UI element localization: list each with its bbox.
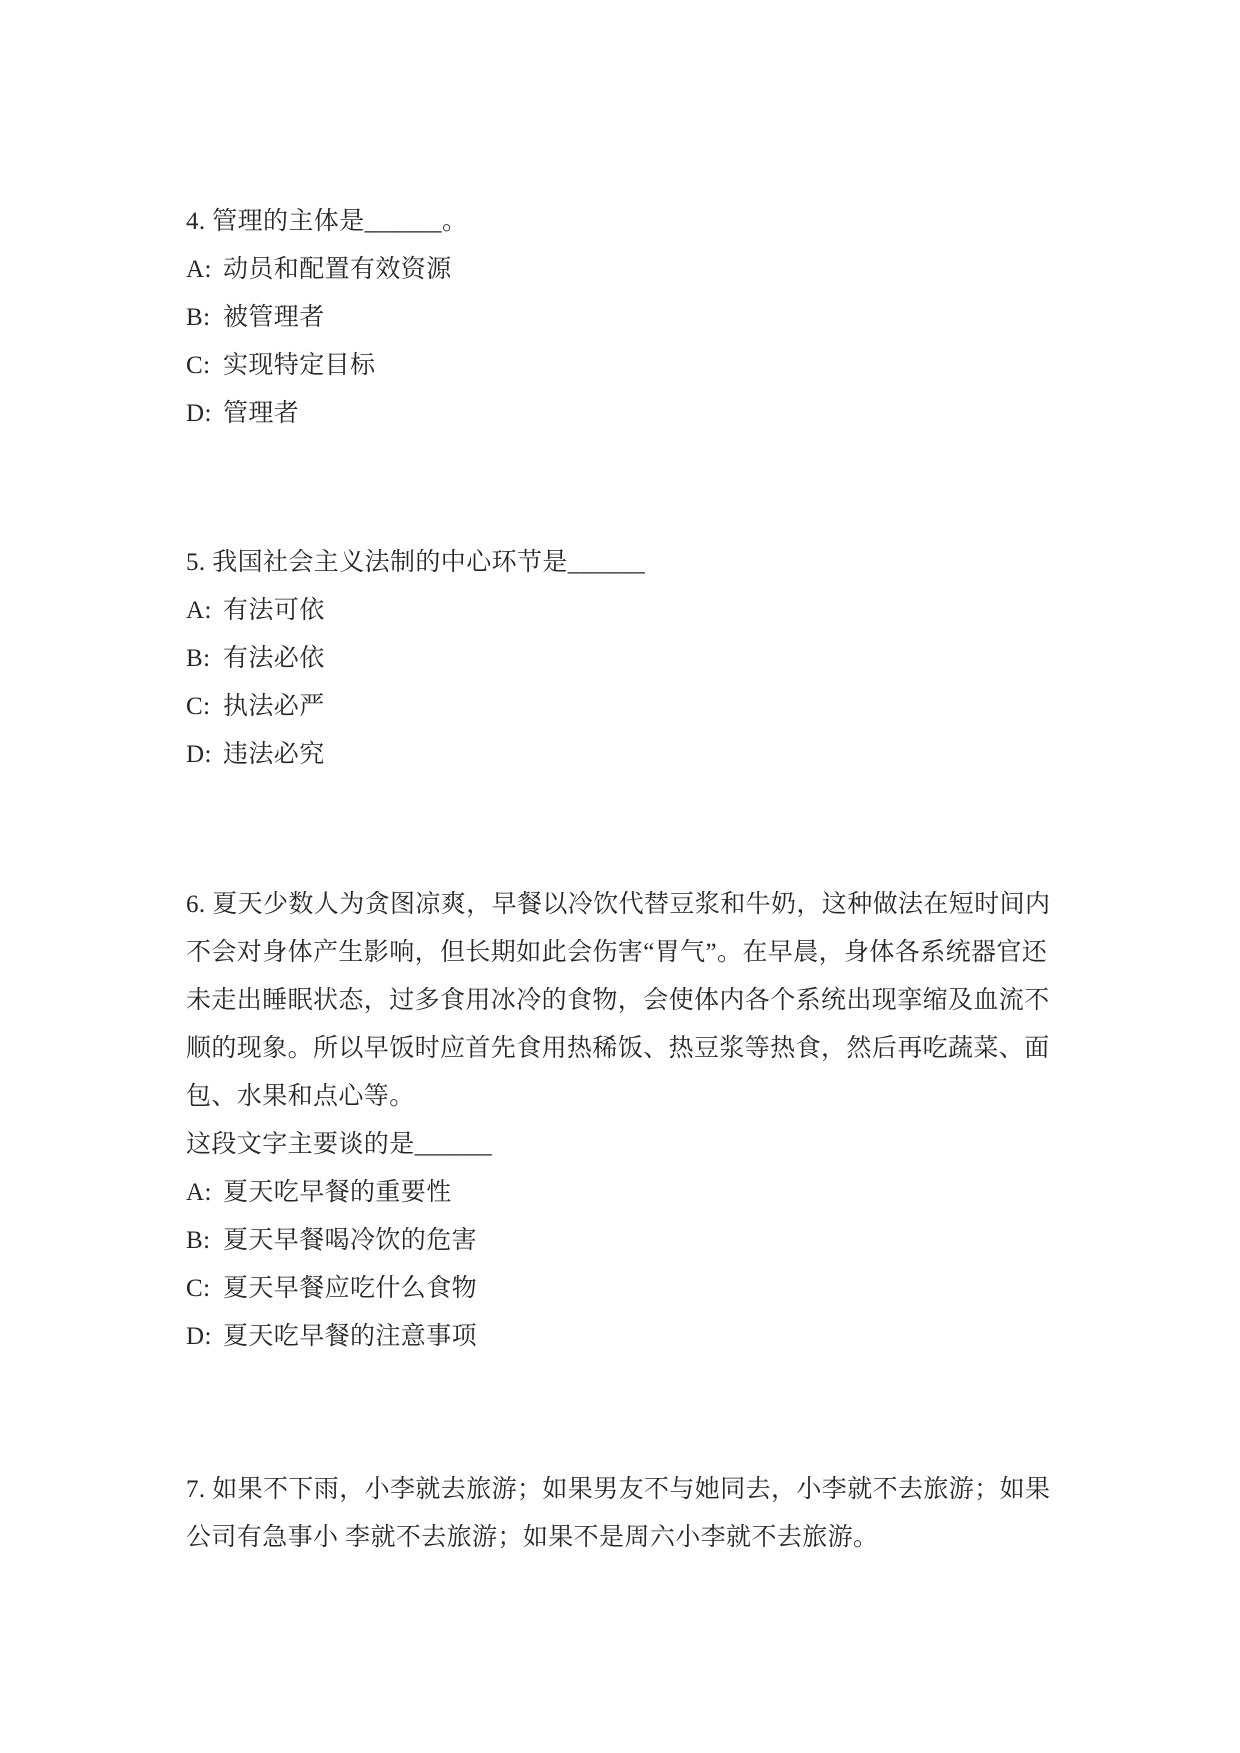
option-text: 夏天吃早餐的重要性 bbox=[223, 1179, 452, 1206]
question-4: 4. 管理的主体是______。 A:动员和配置有效资源 B:被管理者 C:实现… bbox=[186, 198, 1066, 438]
question-7: 7. 如果不下雨，小李就去旅游；如果男友不与她同去，小李就不去旅游；如果 公司有… bbox=[186, 1466, 1066, 1562]
question-6-passage-line: 包、水果和点心等。 bbox=[186, 1073, 1066, 1121]
option-label: C: bbox=[186, 342, 223, 390]
option-text: 执法必严 bbox=[223, 693, 325, 720]
option-label: B: bbox=[186, 1217, 223, 1265]
option-text: 被管理者 bbox=[223, 304, 325, 331]
question-6-option-b: B:夏天早餐喝冷饮的危害 bbox=[186, 1217, 1066, 1265]
question-6-stem: 这段文字主要谈的是______ bbox=[186, 1121, 1066, 1169]
question-6-passage-line: 顺的现象。所以早饭时应首先食用热稀饭、热豆浆等热食，然后再吃蔬菜、面 bbox=[186, 1025, 1066, 1073]
question-4-stem: 4. 管理的主体是______。 bbox=[186, 198, 1066, 246]
option-text: 夏天早餐喝冷饮的危害 bbox=[223, 1227, 477, 1254]
question-4-option-c: C:实现特定目标 bbox=[186, 342, 1066, 390]
question-4-option-b: B:被管理者 bbox=[186, 294, 1066, 342]
question-6-passage-line: 不会对身体产生影响，但长期如此会伤害“胃气”。在早晨，身体各系统器官还 bbox=[186, 929, 1066, 977]
question-7-passage-line: 7. 如果不下雨，小李就去旅游；如果男友不与她同去，小李就不去旅游；如果 bbox=[186, 1466, 1066, 1514]
option-text: 夏天早餐应吃什么食物 bbox=[223, 1275, 477, 1302]
option-text: 有法必依 bbox=[223, 645, 325, 672]
option-label: B: bbox=[186, 635, 223, 683]
question-6-passage-line: 6. 夏天少数人为贪图凉爽，早餐以冷饮代替豆浆和牛奶，这种做法在短时间内 bbox=[186, 881, 1066, 929]
question-6-option-d: D:夏天吃早餐的注意事项 bbox=[186, 1313, 1066, 1361]
option-label: D: bbox=[186, 731, 223, 779]
document-page: 4. 管理的主体是______。 A:动员和配置有效资源 B:被管理者 C:实现… bbox=[0, 0, 1240, 1753]
option-text: 违法必究 bbox=[223, 741, 325, 768]
option-label: A: bbox=[186, 246, 223, 294]
option-label: A: bbox=[186, 1169, 223, 1217]
question-6-option-a: A:夏天吃早餐的重要性 bbox=[186, 1169, 1066, 1217]
question-6: 6. 夏天少数人为贪图凉爽，早餐以冷饮代替豆浆和牛奶，这种做法在短时间内 不会对… bbox=[186, 881, 1066, 1361]
question-5-stem: 5. 我国社会主义法制的中心环节是______ bbox=[186, 539, 1066, 587]
option-label: D: bbox=[186, 390, 223, 438]
question-5-option-c: C:执法必严 bbox=[186, 683, 1066, 731]
question-5: 5. 我国社会主义法制的中心环节是______ A:有法可依 B:有法必依 C:… bbox=[186, 539, 1066, 779]
option-label: B: bbox=[186, 294, 223, 342]
option-text: 动员和配置有效资源 bbox=[223, 256, 452, 283]
exam-content: 4. 管理的主体是______。 A:动员和配置有效资源 B:被管理者 C:实现… bbox=[186, 0, 1066, 1562]
question-4-option-a: A:动员和配置有效资源 bbox=[186, 246, 1066, 294]
question-5-option-d: D:违法必究 bbox=[186, 731, 1066, 779]
option-text: 管理者 bbox=[223, 400, 299, 427]
option-text: 夏天吃早餐的注意事项 bbox=[223, 1323, 477, 1350]
question-6-passage-line: 未走出睡眠状态，过多食用冰冷的食物，会使体内各个系统出现挛缩及血流不 bbox=[186, 977, 1066, 1025]
option-label: C: bbox=[186, 683, 223, 731]
option-label: C: bbox=[186, 1265, 223, 1313]
question-6-option-c: C:夏天早餐应吃什么食物 bbox=[186, 1265, 1066, 1313]
question-4-option-d: D:管理者 bbox=[186, 390, 1066, 438]
option-label: D: bbox=[186, 1313, 223, 1361]
option-text: 有法可依 bbox=[223, 597, 325, 624]
question-5-option-b: B:有法必依 bbox=[186, 635, 1066, 683]
option-label: A: bbox=[186, 587, 223, 635]
question-5-option-a: A:有法可依 bbox=[186, 587, 1066, 635]
option-text: 实现特定目标 bbox=[223, 352, 375, 379]
question-7-passage-line: 公司有急事小 李就不去旅游；如果不是周六小李就不去旅游。 bbox=[186, 1514, 1066, 1562]
